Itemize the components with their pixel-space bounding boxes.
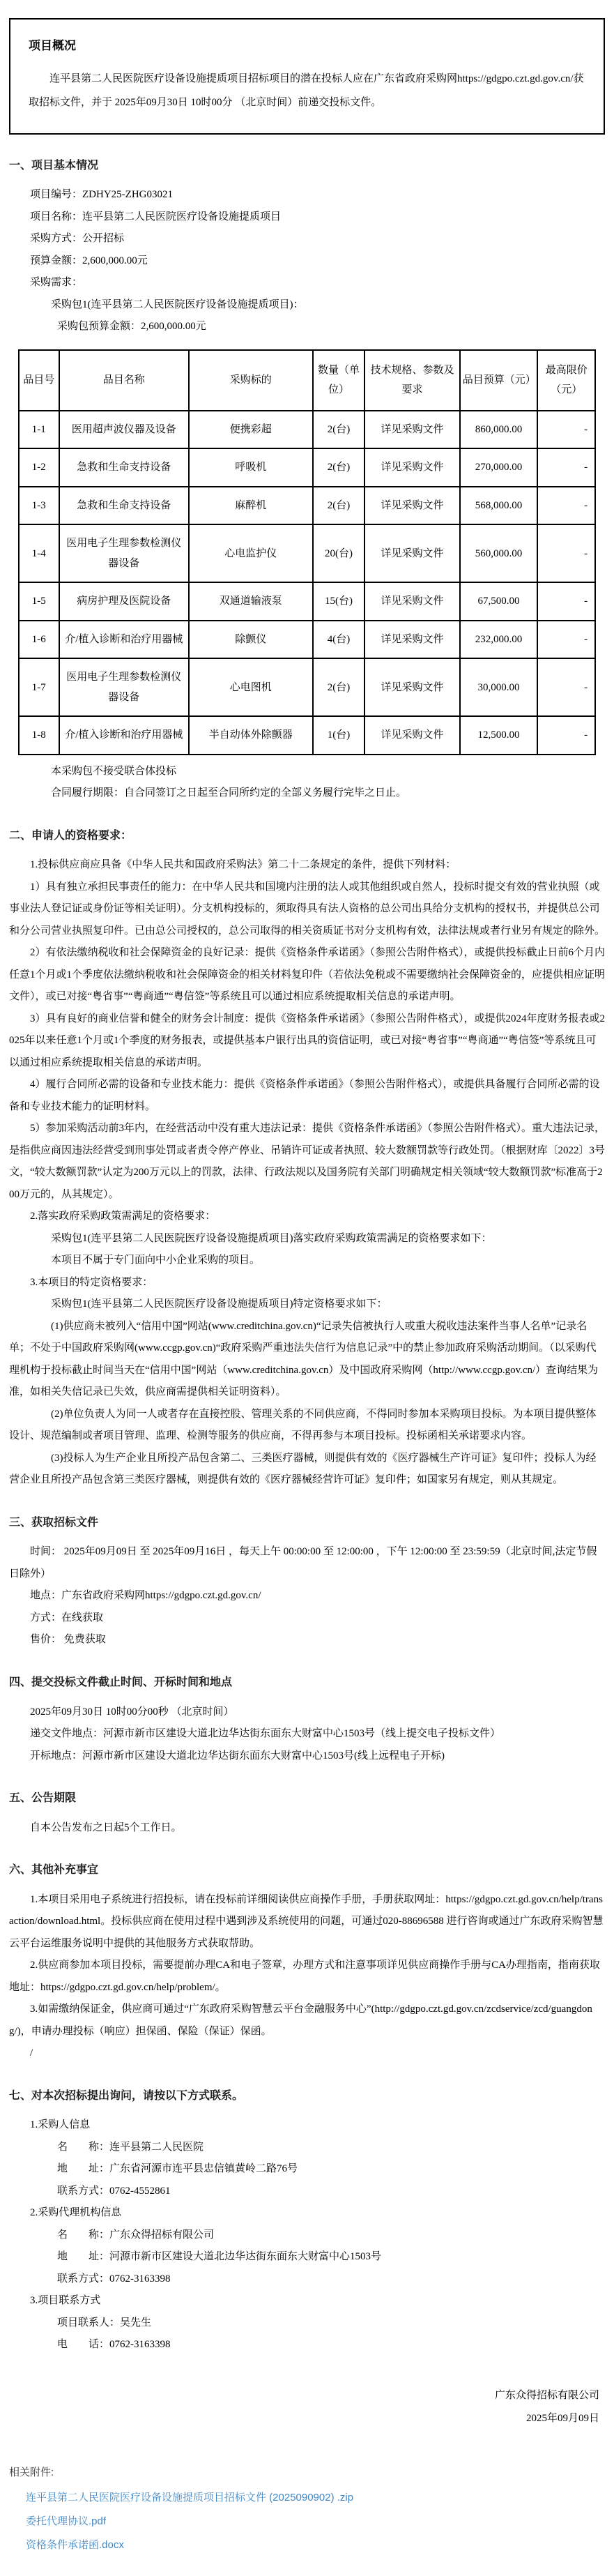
cell-budget: 232,000.00 <box>460 621 538 659</box>
table-row: 1-8 介/植入诊断和治疗用器械 半自动体外除颤器 1(台) 详见采购文件 12… <box>19 716 595 755</box>
qualification-paragraph: 3）具有良好的商业信誉和健全的财务会计制度：提供《资格条件承诺函》（参照公告附件… <box>9 1008 605 1075</box>
col-header-target: 采购标的 <box>189 350 313 411</box>
cell-item-name: 医用超声波仪器及设备 <box>59 411 189 449</box>
cell-item-no: 1-1 <box>19 411 59 449</box>
qualification-paragraph: 5）参加采购活动前3年内，在经营活动中没有重大违法记录：提供《资格条件承诺函》（… <box>9 1118 605 1206</box>
procurement-items-table: 品目号 品目名称 采购标的 数量（单位） 技术规格、参数及要求 品目预算（元） … <box>18 349 596 755</box>
cell-spec: 详见采购文件 <box>364 621 460 659</box>
qualification-paragraph: 3.本项目的特定资格要求： <box>9 1272 605 1294</box>
cell-price-cap: - <box>537 487 595 525</box>
other-paragraph: 3.如需缴纳保证金，供应商可通过“广东政府采购智慧云平台金融服务中心”(http… <box>9 1999 605 2043</box>
cell-target: 麻醉机 <box>189 487 313 525</box>
cell-budget: 860,000.00 <box>460 411 538 449</box>
col-header-item-no: 品目号 <box>19 350 59 411</box>
table-row: 1-5 病房护理及医院设备 双通道输液泵 15(台) 详见采购文件 67,500… <box>19 582 595 621</box>
other-paragraph: 2.供应商参加本项目投标，需要提前办理CA和电子签章，办理方式和注意事项详见供应… <box>9 1955 605 1999</box>
basic-info-field: 采购包1(连平县第二人民医院医疗设备设施提质项目)： <box>9 294 605 317</box>
deadline-lines: 2025年09月30日 10时00分00秒 （北京时间） 递交文件地点：河源市新… <box>9 1702 605 1768</box>
cell-item-name: 病房护理及医院设备 <box>59 582 189 621</box>
cell-target: 双通道输液泵 <box>189 582 313 621</box>
cell-spec: 详见采购文件 <box>364 448 460 487</box>
purchaser-name: 名 称：连平县第二人民医院 <box>9 2137 605 2159</box>
qualification-paragraph: 采购包1(连平县第二人民医院医疗设备设施提质项目)特定资格要求如下： <box>9 1294 605 1316</box>
cell-target: 便携彩超 <box>189 411 313 449</box>
table-row: 1-1 医用超声波仪器及设备 便携彩超 2(台) 详见采购文件 860,000.… <box>19 411 595 449</box>
cell-spec: 详见采购文件 <box>364 524 460 582</box>
cell-spec: 详见采购文件 <box>364 658 460 716</box>
cell-budget: 67,500.00 <box>460 582 538 621</box>
obtain-line: 地点：广东省政府采购网https://gdgpo.czt.gd.gov.cn/ <box>9 1585 605 1607</box>
section-heading-obtain-documents: 三、获取招标文件 <box>9 1514 605 1532</box>
col-header-item-name: 品目名称 <box>59 350 189 411</box>
cell-item-name: 介/植入诊断和治疗用器械 <box>59 621 189 659</box>
cell-item-no: 1-7 <box>19 658 59 716</box>
project-contact-phone: 电 话：0762-3163398 <box>9 2334 605 2356</box>
basic-info-field: 采购需求： <box>9 272 605 294</box>
other-paragraph: / <box>9 2043 605 2065</box>
qualification-paragraph: (3)投标人为生产企业且所投产品包含第二、三类医疗器械，则提供有效的《医疗器械生… <box>9 1448 605 1492</box>
cell-price-cap: - <box>537 582 595 621</box>
cell-quantity: 2(台) <box>313 487 364 525</box>
col-header-spec: 技术规格、参数及要求 <box>364 350 460 411</box>
cell-budget: 12,500.00 <box>460 716 538 755</box>
agency-name: 名 称：广东众得招标有限公司 <box>9 2225 605 2247</box>
deadline-line: 开标地点：河源市新市区建设大道北边华达街东面东大财富中心1503号(线上远程电子… <box>9 1745 605 1768</box>
col-header-quantity: 数量（单位） <box>313 350 364 411</box>
deadline-line: 2025年09月30日 10时00分00秒 （北京时间） <box>9 1702 605 1724</box>
cell-item-no: 1-3 <box>19 487 59 525</box>
contact-group-title: 1.采购人信息 <box>9 2114 605 2137</box>
cell-quantity: 4(台) <box>313 621 364 659</box>
table-row: 1-7 医用电子生理参数检测仪器设备 心电图机 2(台) 详见采购文件 30,0… <box>19 658 595 716</box>
col-header-price-cap: 最高限价（元） <box>537 350 595 411</box>
project-contact-person: 项目联系人：吴先生 <box>9 2312 605 2335</box>
purchaser-phone: 联系方式：0762-4552861 <box>9 2181 605 2203</box>
contact-project-group: 3.项目联系方式 项目联系人：吴先生 电 话：0762-3163398 <box>9 2290 605 2356</box>
cell-item-no: 1-6 <box>19 621 59 659</box>
table-row: 1-6 介/植入诊断和治疗用器械 除颤仪 4(台) 详见采购文件 232,000… <box>19 621 595 659</box>
package-note: 合同履行期限：自合同签订之日起至合同所约定的全部义务履行完毕之日止。 <box>9 782 605 805</box>
cell-quantity: 1(台) <box>313 716 364 755</box>
signature-block: 广东众得招标有限公司 2025年09月09日 <box>9 2384 599 2430</box>
basic-info-field: 项目编号：ZDHY25-ZHG03021 <box>9 184 605 206</box>
other-paragraphs: 1.本项目采用电子系统进行招投标，请在投标前详细阅读供应商操作手册，手册获取网址… <box>9 1889 605 2065</box>
attachments-label: 相关附件: <box>9 2462 605 2483</box>
cell-price-cap: - <box>537 524 595 582</box>
qualification-paragraph: 4）履行合同所必需的设备和专业技术能力：提供《资格条件承诺函》（参照公告附件格式… <box>9 1074 605 1118</box>
contact-purchaser-group: 1.采购人信息 名 称：连平县第二人民医院 地 址：广东省河源市连平县忠信镇黄岭… <box>9 2114 605 2202</box>
cell-quantity: 15(台) <box>313 582 364 621</box>
cell-budget: 568,000.00 <box>460 487 538 525</box>
cell-price-cap: - <box>537 658 595 716</box>
basic-info-field: 项目名称：连平县第二人民医院医疗设备设施提质项目 <box>9 206 605 229</box>
table-row: 1-3 急救和生命支持设备 麻醉机 2(台) 详见采购文件 568,000.00… <box>19 487 595 525</box>
attachment-link[interactable]: 委托代理协议.pdf <box>26 2512 605 2531</box>
qualification-paragraph: 1）具有独立承担民事责任的能力：在中华人民共和国境内注册的法人或其他组织或自然人… <box>9 877 605 943</box>
contact-group-title: 3.项目联系方式 <box>9 2290 605 2312</box>
cell-item-no: 1-2 <box>19 448 59 487</box>
section-heading-qualification: 二、申请人的资格要求： <box>9 827 605 845</box>
qualification-paragraph: 2）有依法缴纳税收和社会保障资金的良好记录：提供《资格条件承诺函》（参照公告附件… <box>9 942 605 1008</box>
table-header-row: 品目号 品目名称 采购标的 数量（单位） 技术规格、参数及要求 品目预算（元） … <box>19 350 595 411</box>
cell-item-name: 急救和生命支持设备 <box>59 448 189 487</box>
notice-period-line: 自本公告发布之日起5个工作日。 <box>9 1817 605 1840</box>
signature-date: 2025年09月09日 <box>9 2407 599 2430</box>
section-heading-deadline: 四、提交投标文件截止时间、开标时间和地点 <box>9 1674 605 1692</box>
qualification-paragraph: 2.落实政府采购政策需满足的资格要求： <box>9 1206 605 1228</box>
agency-phone: 联系方式：0762-3163398 <box>9 2268 605 2291</box>
cell-price-cap: - <box>537 621 595 659</box>
agency-address: 地 址：河源市新市区建设大道北边华达街东面东大财富中心1503号 <box>9 2246 605 2268</box>
cell-target: 呼吸机 <box>189 448 313 487</box>
cell-quantity: 2(台) <box>313 448 364 487</box>
overview-body: 连平县第二人民医院医疗设备设施提质项目招标项目的潜在投标人应在广东省政府采购网h… <box>29 67 585 115</box>
signature-company: 广东众得招标有限公司 <box>9 2384 599 2407</box>
other-paragraph: 1.本项目采用电子系统进行招投标，请在投标前详细阅读供应商操作手册，手册获取网址… <box>9 1889 605 1955</box>
cell-price-cap: - <box>537 411 595 449</box>
qualification-paragraph: 1.投标供应商应具备《中华人民共和国政府采购法》第二十二条规定的条件，提供下列材… <box>9 854 605 877</box>
basic-info-field: 采购包预算金额：2,600,000.00元 <box>9 316 605 338</box>
project-overview-box: 项目概况 连平县第二人民医院医疗设备设施提质项目招标项目的潜在投标人应在广东省政… <box>9 18 605 135</box>
cell-budget: 30,000.00 <box>460 658 538 716</box>
qualification-paragraph: (2)单位负责人为同一人或者存在直接控股、管理关系的不同供应商，不得同时参加本采… <box>9 1404 605 1448</box>
cell-target: 心电监护仪 <box>189 524 313 582</box>
cell-quantity: 2(台) <box>313 411 364 449</box>
attachment-link[interactable]: 连平县第二人民医院医疗设备设施提质项目招标文件 (2025090902) .zi… <box>26 2488 605 2507</box>
cell-item-name: 急救和生命支持设备 <box>59 487 189 525</box>
notice-period-lines: 自本公告发布之日起5个工作日。 <box>9 1817 605 1840</box>
basic-info-fields: 项目编号：ZDHY25-ZHG03021 项目名称：连平县第二人民医院医疗设备设… <box>9 184 605 338</box>
basic-info-field: 预算金额：2,600,000.00元 <box>9 250 605 273</box>
obtain-line: 方式：在线获取 <box>9 1607 605 1630</box>
purchaser-address: 地 址：广东省河源市连平县忠信镇黄岭二路76号 <box>9 2158 605 2181</box>
section-heading-basic-info: 一、项目基本情况 <box>9 157 605 175</box>
qualification-paragraph: 采购包1(连平县第二人民医院医疗设备设施提质项目)落实政府采购政策需满足的资格要… <box>9 1228 605 1250</box>
attachment-link[interactable]: 资格条件承诺函.docx <box>26 2536 605 2554</box>
col-header-budget: 品目预算（元） <box>460 350 538 411</box>
attachments-section: 相关附件: 连平县第二人民医院医疗设备设施提质项目招标文件 (202509090… <box>0 2462 614 2576</box>
announcement-page: 项目概况 连平县第二人民医院医疗设备设施提质项目招标项目的潜在投标人应在广东省政… <box>0 0 614 2430</box>
cell-item-no: 1-4 <box>19 524 59 582</box>
table-body: 1-1 医用超声波仪器及设备 便携彩超 2(台) 详见采购文件 860,000.… <box>19 411 595 755</box>
cell-item-no: 1-5 <box>19 582 59 621</box>
overview-title: 项目概况 <box>29 33 585 59</box>
package-notes: 本采购包不接受联合体投标 合同履行期限：自合同签订之日起至合同所约定的全部义务履… <box>9 761 605 805</box>
obtain-line: 售价： 免费获取 <box>9 1629 605 1651</box>
contact-group-title: 2.采购代理机构信息 <box>9 2202 605 2225</box>
obtain-lines: 时间： 2025年09月09日 至 2025年09月16日 ，每天上午 00:0… <box>9 1541 605 1651</box>
qualification-paragraphs: 1.投标供应商应具备《中华人民共和国政府采购法》第二十二条规定的条件，提供下列材… <box>9 854 605 1492</box>
cell-item-name: 医用电子生理参数检测仪器设备 <box>59 524 189 582</box>
qualification-paragraph: (1)供应商未被列入“信用中国”网站(www.creditchina.gov.c… <box>9 1316 605 1404</box>
cell-quantity: 20(台) <box>313 524 364 582</box>
contact-agency-group: 2.采购代理机构信息 名 称：广东众得招标有限公司 地 址：河源市新市区建设大道… <box>9 2202 605 2290</box>
cell-target: 除颤仪 <box>189 621 313 659</box>
cell-price-cap: - <box>537 716 595 755</box>
cell-spec: 详见采购文件 <box>364 487 460 525</box>
deadline-line: 递交文件地点：河源市新市区建设大道北边华达街东面东大财富中心1503号（线上提交… <box>9 1723 605 1745</box>
table-row: 1-2 急救和生命支持设备 呼吸机 2(台) 详见采购文件 270,000.00… <box>19 448 595 487</box>
package-note: 本采购包不接受联合体投标 <box>9 761 605 783</box>
cell-spec: 详见采购文件 <box>364 582 460 621</box>
attachment-links: 连平县第二人民医院医疗设备设施提质项目招标文件 (2025090902) .zi… <box>9 2488 605 2554</box>
cell-target: 心电图机 <box>189 658 313 716</box>
section-heading-contact: 七、对本次招标提出询问，请按以下方式联系。 <box>9 2087 605 2105</box>
cell-price-cap: - <box>537 448 595 487</box>
cell-quantity: 2(台) <box>313 658 364 716</box>
cell-spec: 详见采购文件 <box>364 716 460 755</box>
section-heading-notice-period: 五、公告期限 <box>9 1789 605 1808</box>
section-heading-other-matters: 六、其他补充事宜 <box>9 1861 605 1879</box>
cell-item-name: 医用电子生理参数检测仪器设备 <box>59 658 189 716</box>
qualification-paragraph: 本项目不属于专门面向中小企业采购的项目。 <box>9 1250 605 1272</box>
cell-item-no: 1-8 <box>19 716 59 755</box>
cell-spec: 详见采购文件 <box>364 411 460 449</box>
obtain-line: 时间： 2025年09月09日 至 2025年09月16日 ，每天上午 00:0… <box>9 1541 605 1585</box>
cell-target: 半自动体外除颤器 <box>189 716 313 755</box>
cell-budget: 560,000.00 <box>460 524 538 582</box>
table-row: 1-4 医用电子生理参数检测仪器设备 心电监护仪 20(台) 详见采购文件 56… <box>19 524 595 582</box>
cell-item-name: 介/植入诊断和治疗用器械 <box>59 716 189 755</box>
cell-budget: 270,000.00 <box>460 448 538 487</box>
basic-info-field: 采购方式：公开招标 <box>9 228 605 250</box>
